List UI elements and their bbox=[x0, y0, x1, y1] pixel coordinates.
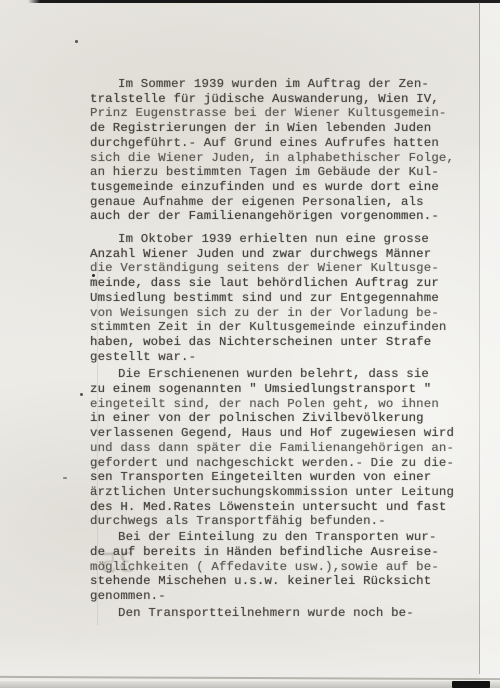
text-line: und dass dann später die Familienangehör… bbox=[90, 441, 464, 456]
ink-speck bbox=[75, 40, 78, 43]
text-line: stimmten Zeit in der Kultusgemeinde einz… bbox=[90, 320, 464, 335]
text-line: haben, wobei das Nichterscheinen unter S… bbox=[90, 335, 464, 350]
text-line: ärztlichen Untersuchungskommission unter… bbox=[90, 485, 464, 500]
text-line: Die Erschienenen wurden belehrt, dass si… bbox=[90, 367, 464, 382]
text-line: sen Transporten Eingeteilten wurden von … bbox=[90, 470, 464, 485]
text-line: genommen.- bbox=[90, 589, 464, 604]
text-line: an hierzu bestimmten Tagen im Gebäude de… bbox=[90, 165, 464, 180]
text-line: de Registrierungen der in Wien lebenden … bbox=[90, 121, 464, 136]
text-line: in einer von der polnischen Zivilbevölke… bbox=[90, 411, 464, 426]
text-line: gestellt war.- bbox=[90, 350, 464, 365]
text-line: eingeteilt sind, der nach Polen geht, wo… bbox=[90, 397, 464, 412]
text-line: zu einem sogenannten " Umsiedlungstransp… bbox=[90, 382, 464, 397]
scanned-page: 35 Im Sommer 1939 wurden im Auftrag der … bbox=[0, 0, 500, 688]
text-line: des H. Med.Rates Löwenstein untersucht u… bbox=[90, 500, 464, 515]
scan-right-strip bbox=[480, 0, 500, 688]
text-line: stehende Mischehen u.s.w. keinerlei Rück… bbox=[90, 574, 464, 589]
text-line: sich die Wiener Juden, in alphabethische… bbox=[90, 151, 464, 166]
text-line: genaue Aufnahme der eigenen Personalien,… bbox=[90, 195, 464, 210]
scan-bottom-shadow bbox=[0, 681, 500, 688]
paragraph-1: Im Sommer 1939 wurden im Auftrag der Zen… bbox=[90, 77, 464, 224]
scan-bottom-right-mark bbox=[452, 681, 490, 688]
text-line: Den Transportteilnehmern wurde noch be- bbox=[90, 606, 464, 621]
paragraph-5: Den Transportteilnehmern wurde noch be- bbox=[90, 606, 464, 621]
text-line: durchwegs als Transportfähig befunden.- bbox=[90, 514, 464, 529]
text-line: tralstelle für jüdische Auswanderung, Wi… bbox=[90, 92, 464, 107]
text-line: Bei der Einteilung zu den Transporten wu… bbox=[90, 530, 464, 545]
ink-speck bbox=[80, 393, 83, 396]
text-line: tusgemeinde einzufinden und es wurde dor… bbox=[90, 180, 464, 195]
text-line: meinde, dass sie laut behördlichen Auftr… bbox=[90, 276, 464, 291]
scan-top-edge-line bbox=[28, 0, 500, 3]
paper-bottom-crease bbox=[0, 676, 500, 680]
text-line: Im Oktober 1939 erhielten nun eine gross… bbox=[90, 232, 464, 247]
text-line: auch der der Familienangehörigen vorgeno… bbox=[90, 209, 464, 224]
text-line: verlassenen Gegend, Haus und Hof zugewie… bbox=[90, 426, 464, 441]
paragraph-2: Im Oktober 1939 erhielten nun eine gross… bbox=[90, 232, 464, 364]
text-line: Umsiedlung bestimmt sind und zur Entgege… bbox=[90, 291, 464, 306]
text-line: de auf bereits in Händen befindliche Aus… bbox=[90, 545, 464, 560]
text-line: gefordert und nachgeschickt werden.- Die… bbox=[90, 456, 464, 471]
text-line: Prinz Eugenstrasse bei der Wiener Kultus… bbox=[90, 106, 464, 121]
ink-speck bbox=[63, 477, 67, 479]
text-line: möglichkeiten ( Affedavite usw.),sowie a… bbox=[90, 560, 464, 575]
text-line: von Weisungen sich zu der in der Vorladu… bbox=[90, 306, 464, 321]
text-line: die Verständigung seitens der Wiener Kul… bbox=[90, 261, 464, 276]
document-body: Im Sommer 1939 wurden im Auftrag der Zen… bbox=[90, 77, 464, 620]
paper-right-edge-line bbox=[479, 2, 480, 674]
text-line: durchgeführt.- Auf Grund eines Aufrufes … bbox=[90, 136, 464, 151]
text-line: Im Sommer 1939 wurden im Auftrag der Zen… bbox=[90, 77, 464, 92]
text-line: Anzahl Wiener Juden und zwar durchwegs M… bbox=[90, 247, 464, 262]
paragraph-4: Bei der Einteilung zu den Transporten wu… bbox=[90, 530, 464, 604]
paragraph-3: Die Erschienenen wurden belehrt, dass si… bbox=[90, 367, 464, 529]
